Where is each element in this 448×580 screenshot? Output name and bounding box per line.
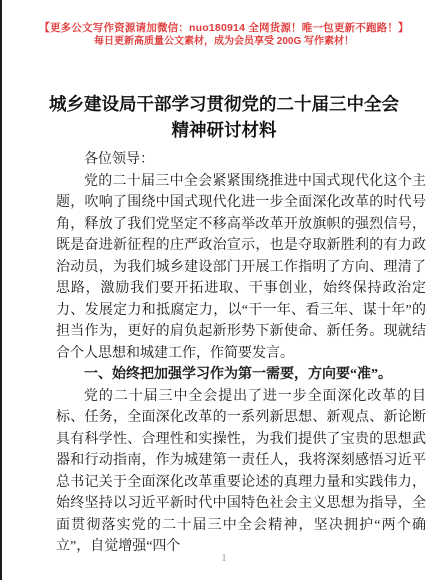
- promo-banner-line2: 每日更新高质量公文素材，成为会员享受 200G 写作素材！: [0, 35, 448, 49]
- section-heading-1: 一、始终把加强学习作为第一需要，方向要“准”。: [56, 364, 426, 386]
- paragraph-1: 党的二十届三中全会紧紧围绕推进中国式现代化这个主题，吹响了围绕中国式现代化进一步…: [56, 171, 426, 365]
- paragraph-2: 党的二十届三中全会提出了进一步全面深化改革的目标、任务，全面深化改革的一系列新思…: [56, 386, 426, 558]
- document-page: 【更多公文写作资源请加微信：nuo180914 全网货源！唯一包更新不跑路！】 …: [0, 0, 448, 580]
- promo-banner: 【更多公文写作资源请加微信：nuo180914 全网货源！唯一包更新不跑路！】 …: [0, 0, 448, 49]
- document-title-line1: 城乡建设局干部学习贯彻党的二十届三中全会: [49, 94, 399, 114]
- document-title: 城乡建设局干部学习贯彻党的二十届三中全会精神研讨材料: [28, 91, 420, 143]
- page-number: 1: [0, 552, 448, 564]
- page-left-border: [0, 0, 2, 580]
- promo-banner-line1: 【更多公文写作资源请加微信：nuo180914 全网货源！唯一包更新不跑路！】: [0, 21, 448, 35]
- document-title-line2: 精神研讨材料: [172, 120, 277, 140]
- document-body: 各位领导： 党的二十届三中全会紧紧围绕推进中国式现代化这个主题，吹响了围绕中国式…: [56, 149, 426, 558]
- salutation: 各位领导：: [56, 149, 426, 171]
